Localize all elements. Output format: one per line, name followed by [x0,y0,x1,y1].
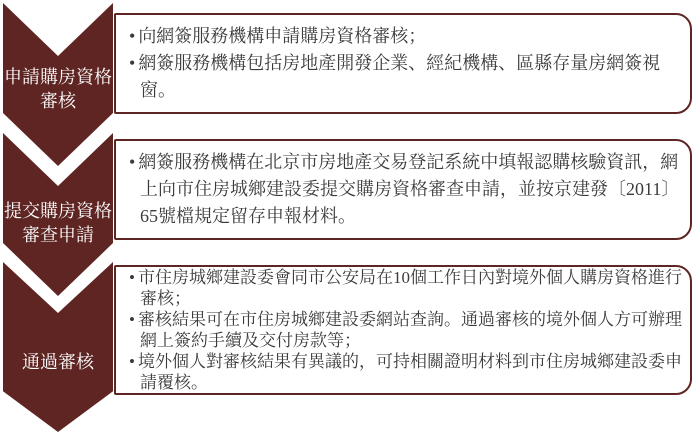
bullet-item: 審核結果可在市住房城鄉建設委網站查詢。通過審核的境外個人方可辦理網上簽約手續及交… [129,309,682,351]
step-2-label: 提交購房資格審查申請 [3,199,113,247]
bullet-item: 境外個人對審核結果有異議的，可持相關證明材料到市住房城鄉建設委申請覆核。 [129,351,682,393]
step-1-detail-box: 向網簽服務機構申請購房資格審核； 網簽服務機構包括房地產開發企業、經紀機構、區縣… [114,13,692,114]
process-flow-diagram: 申請購房資格審核 向網簽服務機構申請購房資格審核； 網簽服務機構包括房地產開發企… [0,0,696,438]
step-1-bullet-list: 向網簽服務機構申請購房資格審核； 網簽服務機構包括房地產開發企業、經紀機構、區縣… [116,23,690,104]
step-3-bullet-list: 市住房城鄉建設委會同市公安局在10個工作日內對境外個人購房資格進行審核； 審核結… [116,267,690,393]
step-1-chevron-arrow: 申請購房資格審核 [3,3,113,166]
step-1-label: 申請購房資格審核 [3,65,113,113]
step-2-detail-box: 網簽服務機構在北京市房地產交易登記系統中填報認購核驗資訊，網上向市住房城鄉建設委… [114,139,692,240]
step-3-detail-box: 市住房城鄉建設委會同市公安局在10個工作日內對境外個人購房資格進行審核； 審核結… [114,265,692,395]
bullet-item: 網簽服務機構包括房地產開發企業、經紀機構、區縣存量房網簽視窗。 [129,50,682,104]
bullet-item: 市住房城鄉建設委會同市公安局在10個工作日內對境外個人購房資格進行審核； [129,267,682,309]
step-2-bullet-list: 網簽服務機構在北京市房地產交易登記系統中填報認購核驗資訊，網上向市住房城鄉建設委… [116,149,690,230]
bullet-item: 網簽服務機構在北京市房地產交易登記系統中填報認購核驗資訊，網上向市住房城鄉建設委… [129,149,682,230]
step-3-label: 通過審核 [3,350,113,374]
bullet-item: 向網簽服務機構申請購房資格審核； [129,23,682,50]
